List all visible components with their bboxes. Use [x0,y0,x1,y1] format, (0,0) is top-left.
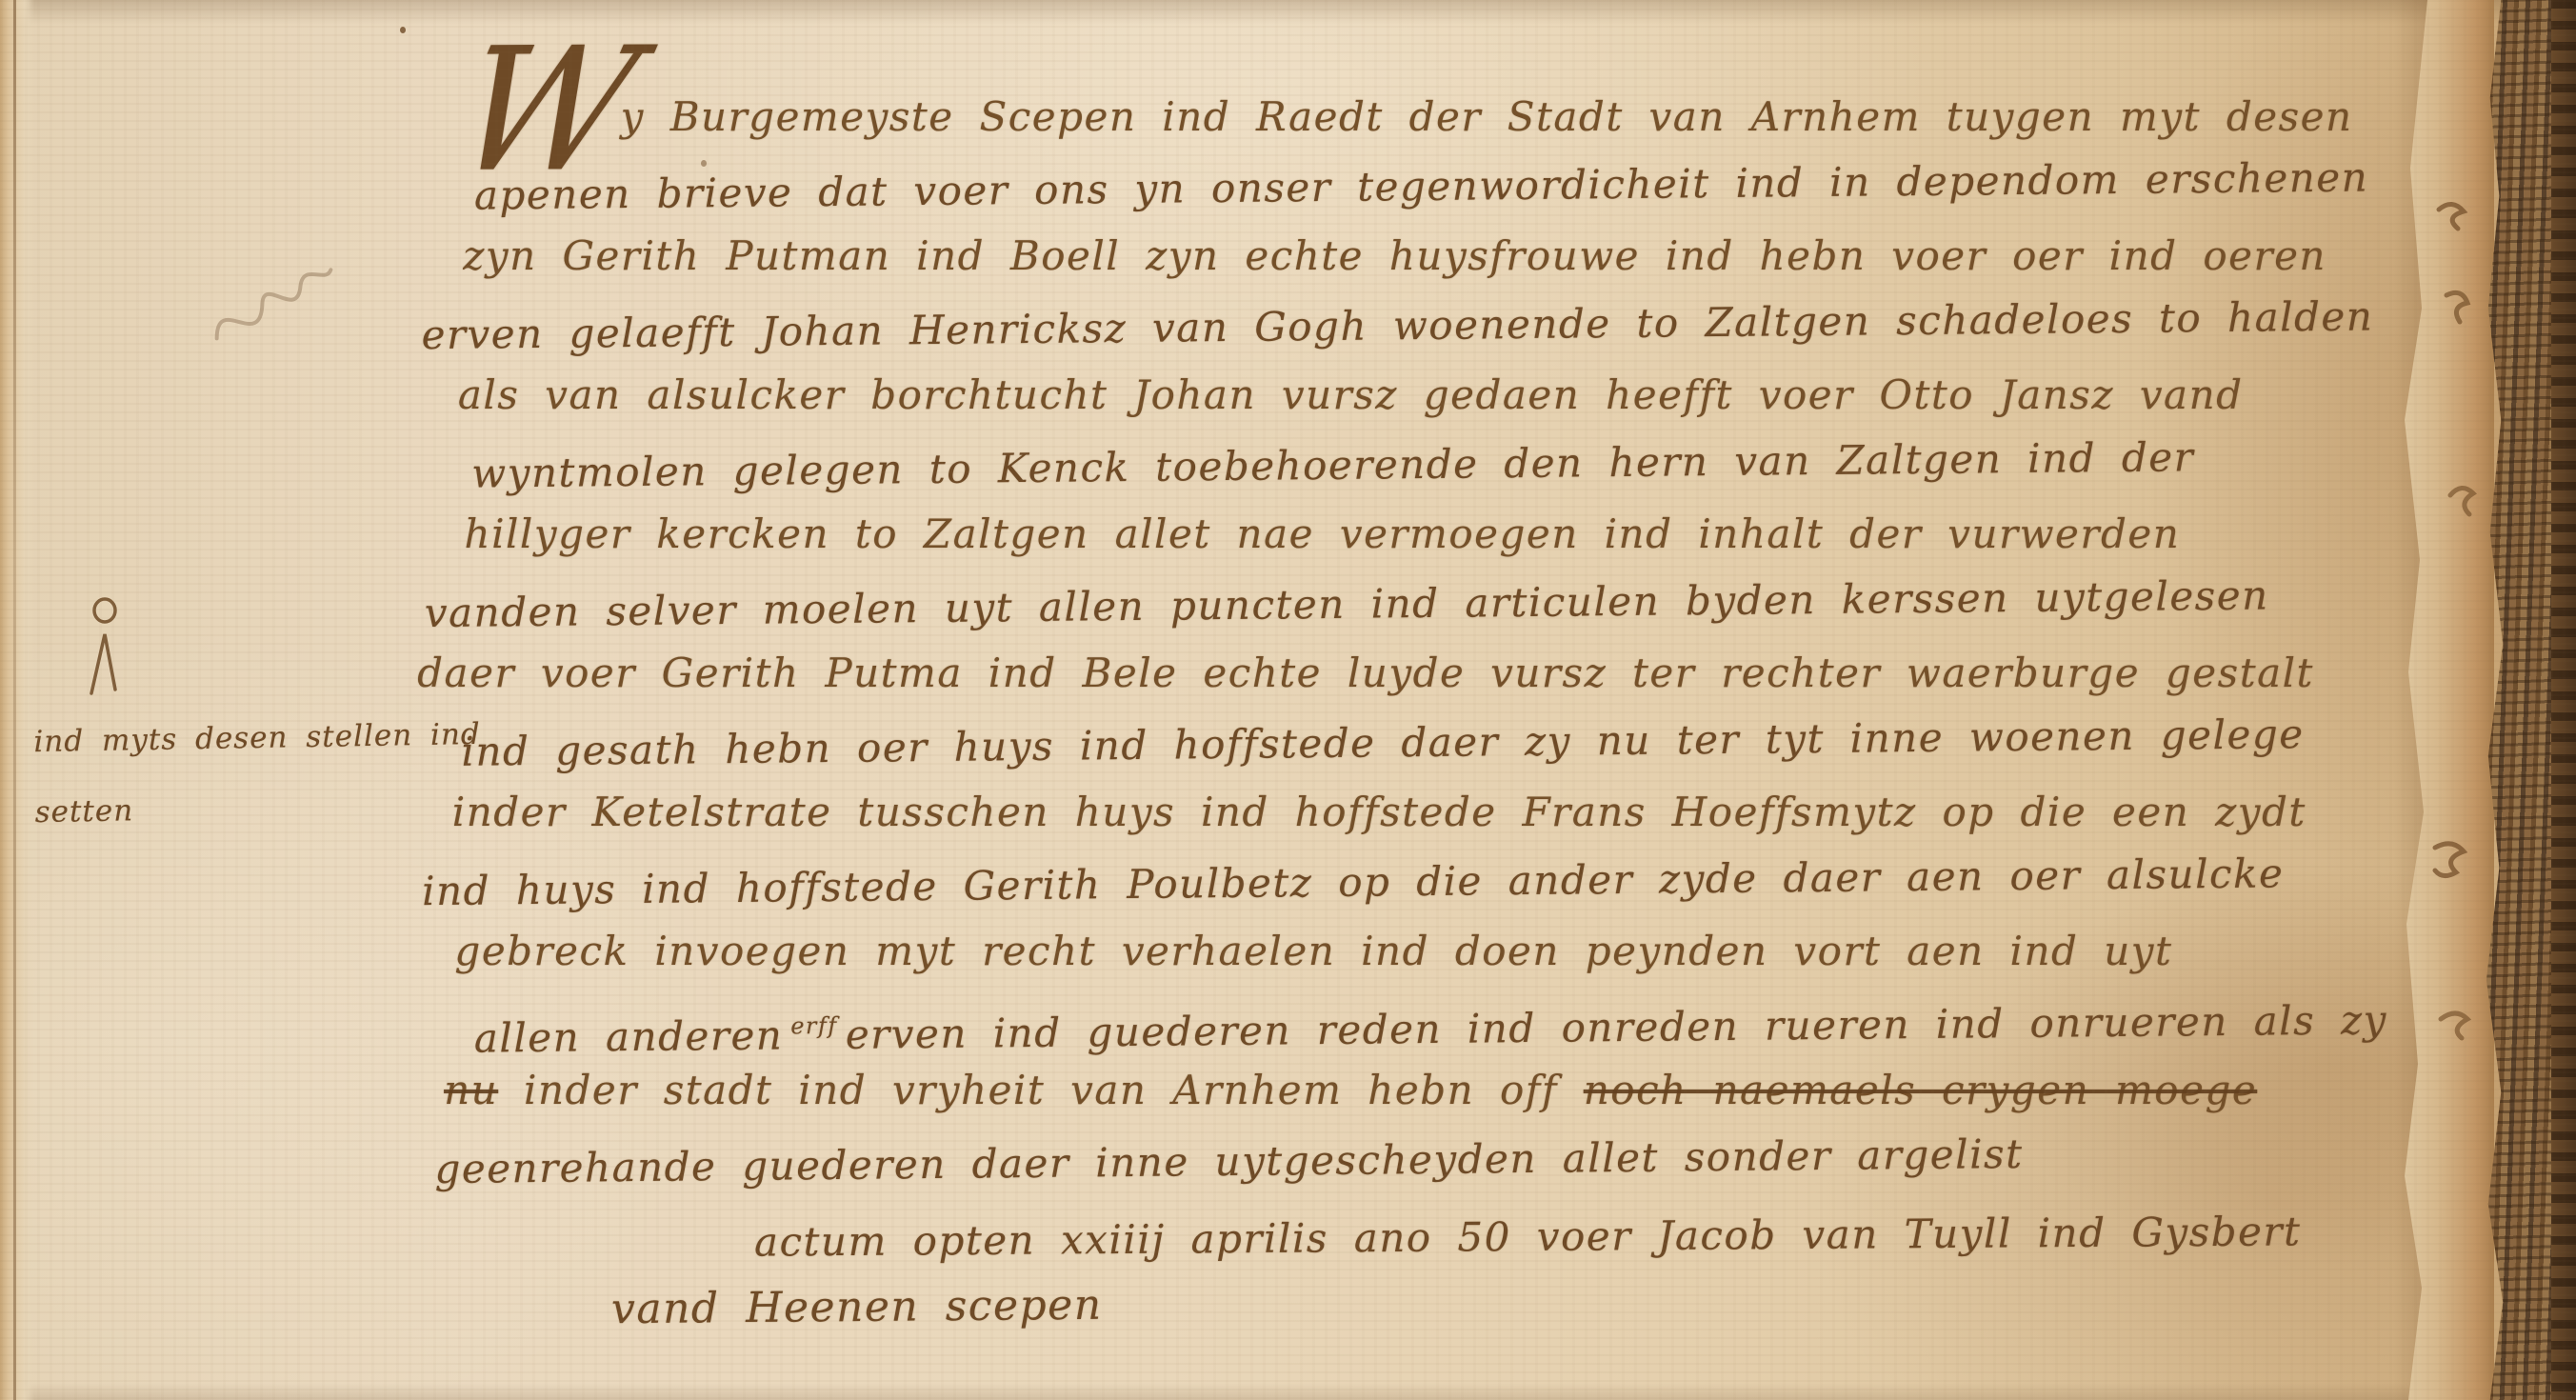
manuscript-line: vanden selver moelen uyt allen puncten i… [373,558,2479,648]
line-text: inder stadt ind vryheit van Arnhem hebn … [524,1067,1558,1113]
manuscript-line: wyntmolen gelegen to Kenck toebehoerende… [372,419,2478,509]
line-text: erven ind guederen reden ind onreden rue… [846,996,2388,1058]
page-left-edge [0,0,34,1400]
manuscript-line: apenen brieve dat voer ons yn onser tege… [371,141,2477,230]
manuscript-line: y Burgemeyste Scepen ind Raedt der Stadt… [371,82,2476,151]
page-left-crease [13,0,16,1400]
manuscript-line-with-strikethrough: nu inder stadt ind vryheit van Arnhem he… [375,1055,2480,1125]
closing-line: vand Heenen scepen [611,1270,1103,1344]
struck-word: nu [444,1067,498,1113]
struck-phrase: noch naemaels crygen moege [1584,1067,2257,1113]
binding-dark-edge [2551,0,2576,1400]
actum-date-line: actum opten xxiiij aprilis ano 50 voer J… [754,1196,2302,1276]
manuscript-line: ind huys ind hoffstede Gerith Poulbetz o… [374,836,2480,926]
line-text: allen anderen [474,1011,784,1061]
manuscript-line: hillyger kercken to Zaltgen allet nae ve… [373,499,2478,569]
manuscript-line: daer voer Gerith Putma ind Bele echte lu… [373,638,2478,708]
manuscript-line: ind gesath hebn oer huys ind hoffstede d… [373,697,2479,787]
ink-speck [701,160,707,167]
manuscript-line: gebreck invoegen myt recht verhaelen ind… [374,916,2479,986]
manuscript-body-text: W y Burgemeyste Scepen ind Raedt der Sta… [370,77,2480,1199]
manuscript-line-with-insertion: allen anderenerfferven ind guederen rede… [374,975,2480,1065]
photo-top-shadow [0,0,2576,25]
manuscript-line: inder Ketelstrate tusschen huys ind hoff… [374,777,2479,847]
ink-speck [400,27,406,33]
manuscript-line: erven gelaefft Johan Henricksz van Gogh … [371,280,2477,370]
photo-bottom-shadow [0,1383,2576,1400]
edge-ink-marks [2422,181,2488,1248]
manuscript-line: zyn Gerith Putman ind Boell zyn echte hu… [371,221,2476,290]
manuscript-line: als van alsulcker borchtucht Johan vursz… [372,360,2477,430]
interlinear-insertion: erff [790,1012,838,1039]
insertion-caret-mark [84,596,126,699]
manuscript-line: geenrehande guederen daer inne uytgesche… [375,1114,2481,1204]
